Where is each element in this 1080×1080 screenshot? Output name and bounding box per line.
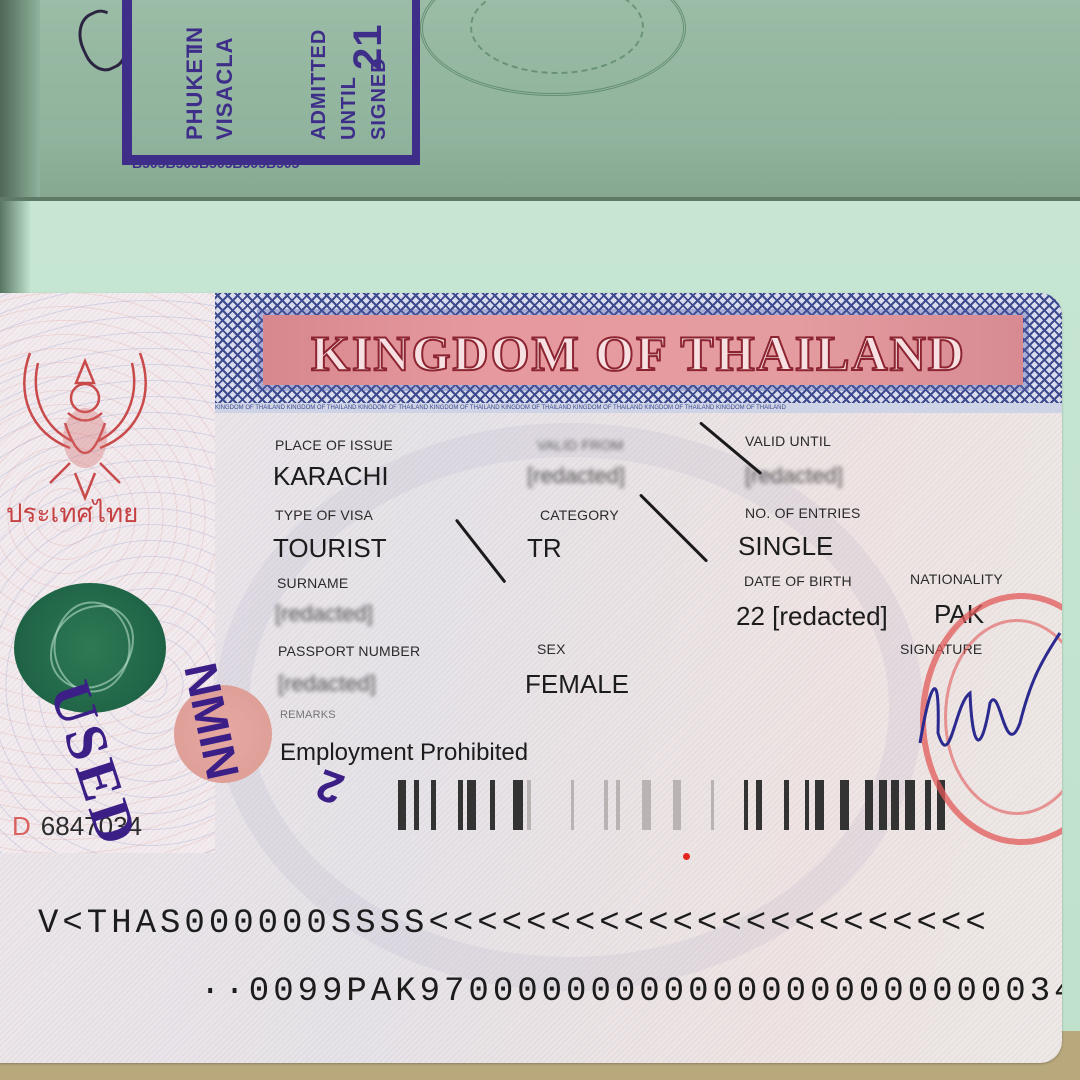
entry-stamp: IN PHUKET VISACLA ADMITTED UNTIL SIGNED … xyxy=(122,0,420,165)
entry-stamp-line: VISACLA xyxy=(212,36,238,140)
value-valid-until: [redacted] xyxy=(745,463,843,489)
value-no-of-entries: SINGLE xyxy=(738,531,833,562)
value-passport-number: [redacted] xyxy=(278,671,376,697)
value-type-of-visa: TOURIST xyxy=(273,533,387,564)
barcode-bar xyxy=(891,780,899,830)
label-sex: SEX xyxy=(537,641,566,657)
barcode-bar xyxy=(604,780,608,830)
barcode-bar xyxy=(711,780,714,830)
barcode-bar xyxy=(398,780,406,830)
mrz-line-1: V<THAS000000SSSS<<<<<<<<<<<<<<<<<<<<<<< xyxy=(38,905,990,943)
label-valid-from: VALID FROM xyxy=(537,437,624,453)
page-shadow xyxy=(0,0,40,200)
mrz-line-2: ··0099PAK970000000000000000000000034< xyxy=(200,973,1062,1011)
visa-header-banner: KINGDOM OF THAILAND KINGDOM OF THAILAND … xyxy=(215,293,1062,413)
value-remarks: Employment Prohibited xyxy=(280,739,528,767)
barcode-bar xyxy=(744,780,748,830)
red-marker-dot xyxy=(683,853,690,860)
visa-barcode xyxy=(398,780,998,830)
barcode-bar xyxy=(467,780,476,830)
entry-stamp-line: ADMITTED xyxy=(308,29,331,140)
label-type-of-visa: TYPE OF VISA xyxy=(275,507,373,523)
value-place-of-issue: KARACHI xyxy=(273,461,389,492)
value-valid-from: [redacted] xyxy=(527,463,625,489)
barcode-bar xyxy=(805,780,809,830)
label-valid-until: VALID UNTIL xyxy=(745,433,831,449)
visa-sticker: KINGDOM OF THAILAND KINGDOM OF THAILAND … xyxy=(0,293,1062,1063)
consul-signature xyxy=(910,623,1062,793)
label-category: CATEGORY xyxy=(540,507,619,523)
barcode-bar xyxy=(414,780,419,830)
label-date-of-birth: DATE OF BIRTH xyxy=(744,573,852,589)
barcode-bar xyxy=(865,780,873,830)
visa-header-title: KINGDOM OF THAILAND xyxy=(215,293,1062,413)
value-date-of-birth: 22 [redacted] xyxy=(736,601,888,632)
previous-passport-page: IN PHUKET VISACLA ADMITTED UNTIL SIGNED … xyxy=(0,0,1080,200)
entry-stamp-days: 21 xyxy=(346,24,391,71)
barcode-bar xyxy=(458,780,463,830)
barcode-bar xyxy=(815,780,824,830)
barcode-bar xyxy=(616,780,620,830)
label-surname: SURNAME xyxy=(277,575,348,591)
entry-stamp-line: UNTIL xyxy=(338,76,361,140)
label-place-of-issue: PLACE OF ISSUE xyxy=(275,437,393,453)
value-surname: [redacted] xyxy=(275,601,373,627)
label-remarks: REMARKS xyxy=(280,709,336,721)
garuda-emblem-icon xyxy=(10,343,160,503)
document-number-prefix: D xyxy=(12,811,31,841)
barcode-bar xyxy=(527,780,531,830)
label-nationality: NATIONALITY xyxy=(910,571,1003,587)
barcode-bar xyxy=(642,780,651,830)
barcode-bar xyxy=(879,780,887,830)
value-category: TR xyxy=(527,533,562,564)
entry-stamp-serial: B505B505B505B505B505 xyxy=(132,155,299,171)
barcode-bar xyxy=(840,780,849,830)
barcode-bar xyxy=(571,780,574,830)
thai-country-name: ประเทศไทย xyxy=(6,493,138,534)
barcode-bar xyxy=(673,780,681,830)
label-passport-number: PASSPORT NUMBER xyxy=(278,643,420,659)
label-no-of-entries: NO. OF ENTRIES xyxy=(745,505,861,521)
barcode-bar xyxy=(756,780,762,830)
entry-stamp-line: PHUKET xyxy=(182,44,208,140)
barcode-bar xyxy=(490,780,495,830)
microprint-line: KINGDOM OF THAILAND KINGDOM OF THAILAND … xyxy=(215,403,1062,413)
barcode-bar xyxy=(431,780,436,830)
value-sex: FEMALE xyxy=(525,669,629,700)
barcode-bar xyxy=(513,780,523,830)
barcode-bar xyxy=(784,780,789,830)
